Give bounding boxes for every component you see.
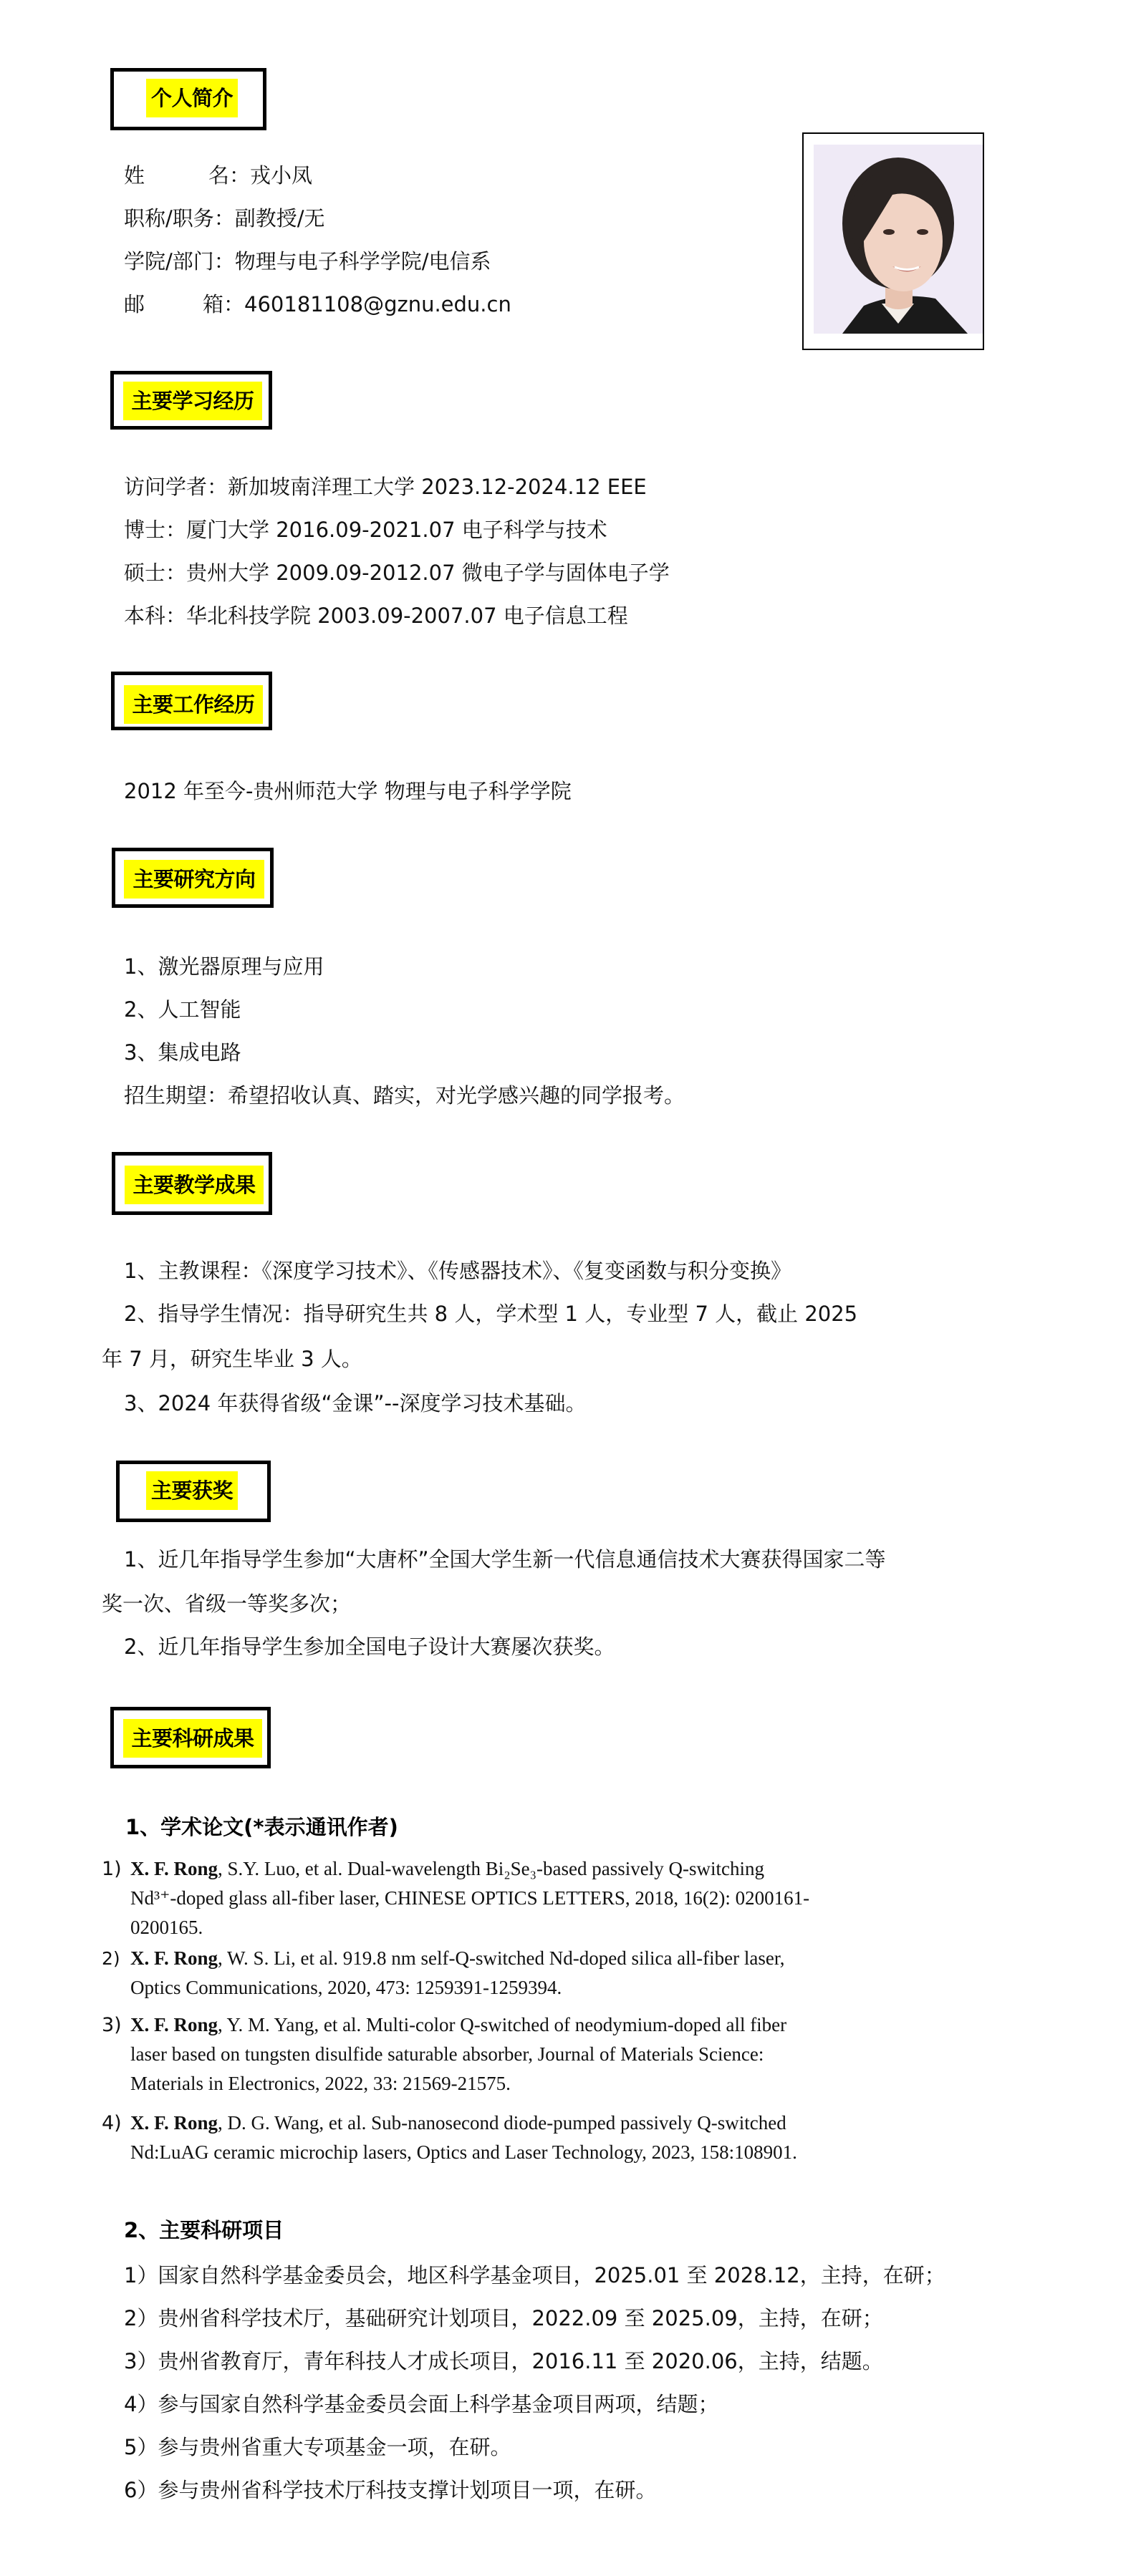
projects-heading: 2、主要科研项目 — [124, 2216, 284, 2245]
profile-photo — [814, 145, 983, 334]
section-header-research-results: 主要科研成果 — [110, 1707, 271, 1768]
teaching-item-wrap: 年 7 月，研究生毕业 3 人。 — [102, 1345, 362, 1373]
profile-department-row: 学院/部门：物理与电子科学学院/电信系 — [124, 247, 491, 276]
award-item: 1、近几年指导学生参加“大唐杯”全国大学生新一代信息通信技术大赛获得国家二等 — [124, 1545, 886, 1574]
paper-line: , S.Y. Luo, et al. Dual-wavelength Bi₂Se… — [218, 1858, 764, 1879]
teaching-item: 2、指导学生情况：指导研究生共 8 人，学术型 1 人，专业型 7 人，截止 2… — [124, 1299, 857, 1328]
paper-number: 3) — [102, 2010, 122, 2040]
education-item: 博士：厦门大学 2016.09-2021.07 电子科学与技术 — [124, 515, 607, 544]
section-title-research-results: 主要科研成果 — [123, 1719, 262, 1758]
paper-line: Nd³⁺-doped glass all-fiber laser, CHINES… — [130, 1884, 809, 1913]
paper-item: 4) X. F. Rong, D. G. Wang, et al. Sub-na… — [102, 2108, 997, 2167]
project-item: 5）参与贵州省重大专项基金一项，在研。 — [124, 2433, 511, 2461]
section-title-education: 主要学习经历 — [123, 382, 262, 420]
education-item: 本科：华北科技学院 2003.09-2007.07 电子信息工程 — [124, 601, 628, 630]
profile-name-value: 戎小凤 — [250, 163, 312, 188]
education-item: 硕士：贵州大学 2009.09-2012.07 微电子学与固体电子学 — [124, 558, 670, 587]
research-direction-item: 3、集成电路 — [124, 1038, 241, 1067]
paper-number: 1) — [102, 1854, 122, 1884]
profile-name-row: 姓名：戎小凤 — [124, 161, 312, 190]
profile-title-label: 职称/职务： — [124, 206, 235, 231]
paper-number: 2) — [102, 1944, 120, 1973]
profile-name-label-a: 姓 — [124, 161, 208, 190]
profile-title-value: 副教授/无 — [235, 206, 325, 231]
section-header-profile: 个人简介 — [110, 68, 266, 130]
portrait-image-icon — [814, 145, 983, 334]
paper-number: 4) — [102, 2108, 122, 2138]
project-item: 2）贵州省科学技术厅，基础研究计划项目，2022.09 至 2025.09，主持… — [124, 2304, 883, 2333]
profile-email-label-b: 箱： — [203, 292, 244, 316]
section-header-teaching: 主要教学成果 — [112, 1152, 272, 1215]
paper-item: 1) X. F. Rong, S.Y. Luo, et al. Dual-wav… — [102, 1854, 997, 1942]
paper-author: X. F. Rong — [130, 2014, 218, 2035]
section-header-awards: 主要获奖 — [116, 1461, 271, 1522]
research-direction-item: 1、激光器原理与应用 — [124, 952, 324, 981]
paper-line: Optics Communications, 2020, 473: 125939… — [130, 1973, 785, 2003]
profile-email-row: 邮箱：460181108@gznu.edu.cn — [124, 290, 511, 319]
teaching-item: 3、2024 年获得省级“金课”--深度学习技术基础。 — [124, 1389, 586, 1418]
award-item-wrap: 奖一次、省级一等奖多次； — [102, 1589, 351, 1618]
education-item: 访问学者：新加坡南洋理工大学 2023.12-2024.12 EEE — [124, 473, 647, 501]
section-title-awards: 主要获奖 — [146, 1471, 238, 1510]
project-item: 4）参与国家自然科学基金委员会面上科学基金项目两项，结题； — [124, 2390, 718, 2418]
paper-line: 0200165. — [130, 1913, 809, 1942]
profile-department-label: 学院/部门： — [124, 249, 235, 273]
project-item: 1）国家自然科学基金委员会，地区科学基金项目，2025.01 至 2028.12… — [124, 2261, 945, 2290]
project-item: 6）参与贵州省科学技术厅科技支撑计划项目一项，在研。 — [124, 2476, 656, 2504]
paper-author: X. F. Rong — [130, 1947, 218, 1969]
profile-department-value: 物理与电子科学学院/电信系 — [235, 249, 491, 273]
award-item: 2、近几年指导学生参加全国电子设计大赛屡次获奖。 — [124, 1632, 615, 1661]
paper-line: Nd:LuAG ceramic microchip lasers, Optics… — [130, 2138, 797, 2167]
profile-email-value[interactable]: 460181108@gznu.edu.cn — [244, 292, 511, 316]
profile-name-label-b: 名： — [208, 163, 250, 188]
paper-item: 3) X. F. Rong, Y. M. Yang, et al. Multi-… — [102, 2010, 997, 2098]
paper-author: X. F. Rong — [130, 2112, 218, 2134]
section-header-research-direction: 主要研究方向 — [112, 848, 274, 908]
paper-line: Materials in Electronics, 2022, 33: 2156… — [130, 2069, 786, 2098]
research-direction-item: 2、人工智能 — [124, 995, 241, 1024]
section-header-education: 主要学习经历 — [110, 371, 272, 430]
section-header-work: 主要工作经历 — [111, 672, 272, 730]
paper-line: , Y. M. Yang, et al. Multi-color Q-switc… — [218, 2014, 786, 2035]
paper-author: X. F. Rong — [130, 1858, 218, 1879]
profile-email-label-a: 邮 — [124, 290, 203, 319]
recruitment-note: 招生期望：希望招收认真、踏实，对光学感兴趣的同学报考。 — [124, 1081, 685, 1110]
paper-line: laser based on tungsten disulfide satura… — [130, 2040, 786, 2069]
profile-title-row: 职称/职务：副教授/无 — [124, 204, 325, 233]
section-title-teaching: 主要教学成果 — [125, 1166, 264, 1204]
work-item: 2012 年至今-贵州师范大学 物理与电子科学学院 — [124, 777, 572, 805]
section-title-research-direction: 主要研究方向 — [124, 860, 264, 899]
paper-item: 2) X. F. Rong, W. S. Li, et al. 919.8 nm… — [102, 1944, 997, 2003]
papers-heading: 1、学术论文(*表示通讯作者) — [125, 1813, 398, 1841]
teaching-item: 1、主教课程：《深度学习技术》、《传感器技术》、《复变函数与积分变换》 — [124, 1256, 791, 1285]
paper-line: , D. G. Wang, et al. Sub-nanosecond diod… — [218, 2112, 786, 2134]
project-item: 3）贵州省教育厅，青年科技人才成长项目，2016.11 至 2020.06，主持… — [124, 2347, 883, 2376]
section-title-work: 主要工作经历 — [124, 685, 263, 724]
section-title-profile: 个人简介 — [146, 79, 238, 117]
paper-line: , W. S. Li, et al. 919.8 nm self-Q-switc… — [218, 1947, 784, 1969]
